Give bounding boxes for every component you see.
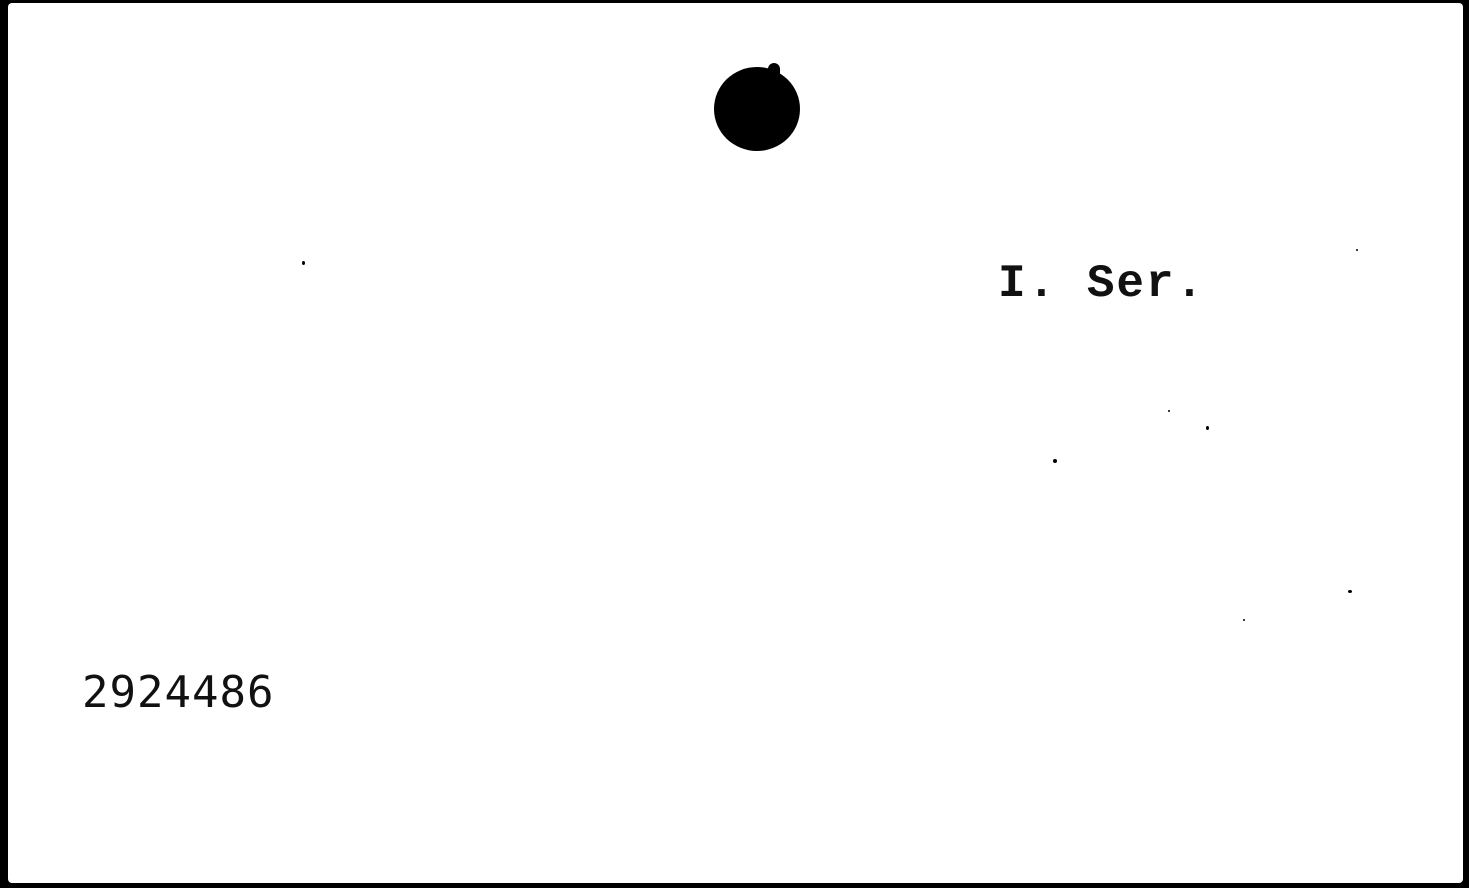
scan-speck (1168, 410, 1170, 412)
scan-speck (302, 261, 305, 265)
catalog-card: I. Ser. 2924486 (8, 3, 1463, 883)
scan-speck (1348, 590, 1352, 593)
punch-hole (714, 67, 800, 151)
scan-speck (1053, 459, 1057, 463)
scan-speck (1356, 249, 1358, 251)
scan-speck (1243, 619, 1245, 621)
scan-speck (1206, 426, 1209, 430)
series-note: I. Ser. (998, 261, 1205, 307)
card-number: 2924486 (82, 671, 274, 715)
